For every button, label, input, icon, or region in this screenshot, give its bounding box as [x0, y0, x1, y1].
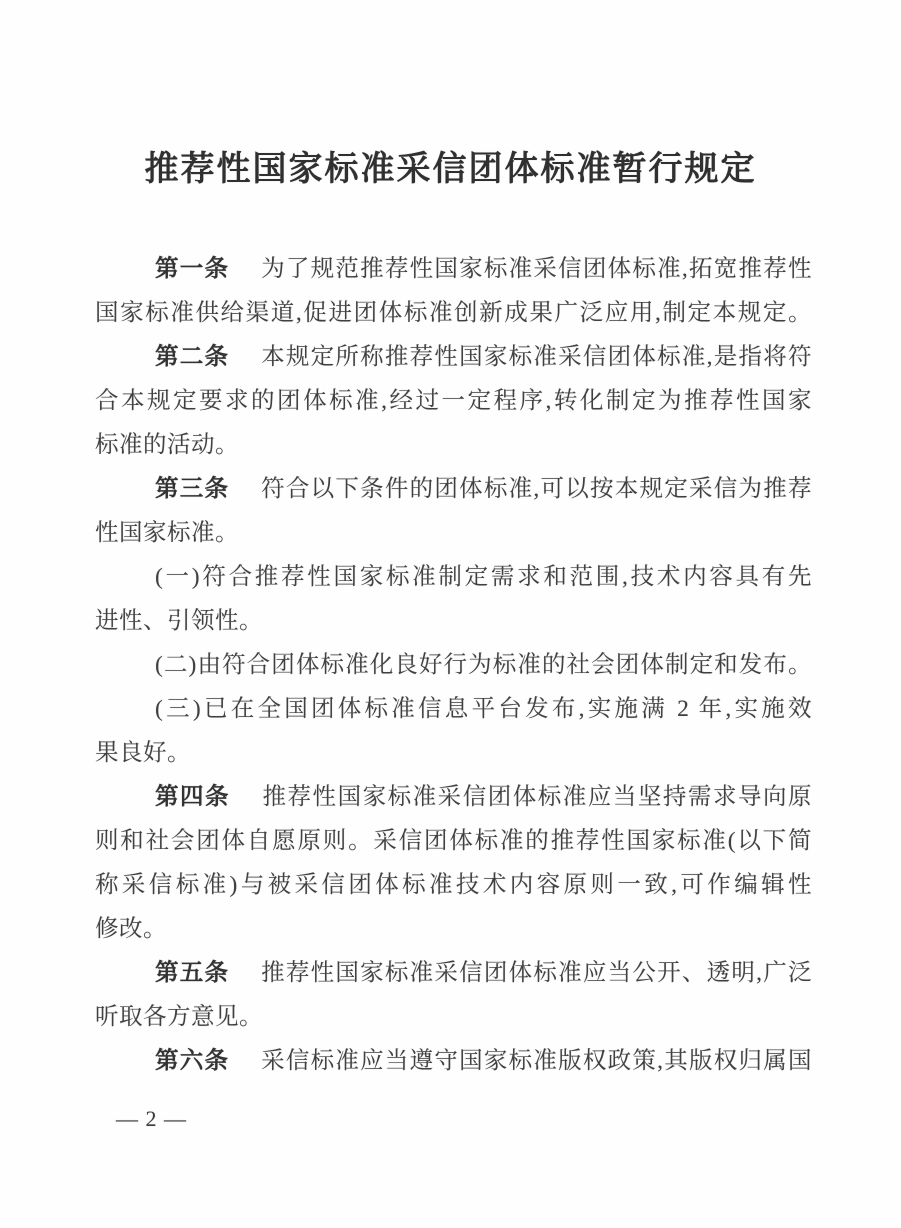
text-line: (一)符合推荐性国家标准制定需求和范围,技术内容具有先 [95, 555, 812, 599]
text-line: 果良好。 [95, 731, 812, 775]
line-text: 则和社会团体自愿原则。采信团体标准的推荐性国家标准(以下简 [95, 828, 812, 854]
line-text: 推荐性国家标准采信团体标准应当坚持需求导向原 [237, 784, 812, 810]
line-text: 果良好。 [95, 740, 191, 766]
text-line: 合本规定要求的团体标准,经过一定程序,转化制定为推荐性国家 [95, 379, 812, 423]
article-label: 第六条 [155, 1048, 229, 1074]
text-line: 第六条 采信标准应当遵守国家标准版权政策,其版权归属国 [95, 1039, 812, 1083]
document-title: 推荐性国家标准采信团体标准暂行规定 [0, 146, 901, 194]
text-line: 听取各方意见。 [95, 995, 812, 1039]
line-text: 标准的活动。 [95, 432, 239, 458]
line-text: 本规定所称推荐性国家标准采信团体标准,是指将符 [236, 344, 812, 370]
text-line: 第一条 为了规范推荐性国家标准采信团体标准,拓宽推荐性 [95, 247, 812, 291]
text-line: 第二条 本规定所称推荐性国家标准采信团体标准,是指将符 [95, 335, 812, 379]
text-line: (三)已在全国团体标准信息平台发布,实施满 2 年,实施效 [95, 687, 812, 731]
line-text: 采信标准应当遵守国家标准版权政策,其版权归属国 [236, 1048, 812, 1074]
text-line: 进性、引领性。 [95, 599, 812, 643]
article-label: 第二条 [155, 344, 229, 370]
line-text: 称采信标准)与被采信团体标准技术内容原则一致,可作编辑性 [95, 872, 812, 898]
line-text: (三)已在全国团体标准信息平台发布,实施满 2 年,实施效 [155, 696, 812, 722]
text-line: 第四条 推荐性国家标准采信团体标准应当坚持需求导向原 [95, 775, 812, 819]
article-label: 第四条 [155, 784, 230, 810]
text-line: 第五条 推荐性国家标准采信团体标准应当公开、透明,广泛 [95, 951, 812, 995]
line-text: 国家标准供给渠道,促进团体标准创新成果广泛应用,制定本规定。 [95, 300, 812, 326]
article-label: 第五条 [155, 960, 229, 986]
line-text: 进性、引领性。 [95, 608, 263, 634]
text-line: 称采信标准)与被采信团体标准技术内容原则一致,可作编辑性 [95, 863, 812, 907]
text-line: 第三条 符合以下条件的团体标准,可以按本规定采信为推荐 [95, 467, 812, 511]
line-text: 修改。 [95, 916, 167, 942]
text-line: 性国家标准。 [95, 511, 812, 555]
line-text: 性国家标准。 [95, 520, 239, 546]
document-body: 第一条 为了规范推荐性国家标准采信团体标准,拓宽推荐性 国家标准供给渠道,促进团… [95, 247, 812, 1083]
text-line: 国家标准供给渠道,促进团体标准创新成果广泛应用,制定本规定。 [95, 291, 812, 335]
line-text: 听取各方意见。 [95, 1004, 263, 1030]
text-line: 修改。 [95, 907, 812, 951]
scanned-document-page: 推荐性国家标准采信团体标准暂行规定 第一条 为了规范推荐性国家标准采信团体标准,… [0, 0, 901, 1228]
article-label: 第三条 [155, 476, 229, 502]
line-text: 符合以下条件的团体标准,可以按本规定采信为推荐 [236, 476, 812, 502]
text-line: 则和社会团体自愿原则。采信团体标准的推荐性国家标准(以下简 [95, 819, 812, 863]
text-line: 标准的活动。 [95, 423, 812, 467]
line-text: 合本规定要求的团体标准,经过一定程序,转化制定为推荐性国家 [95, 388, 812, 414]
line-text: 推荐性国家标准采信团体标准应当公开、透明,广泛 [236, 960, 812, 986]
line-text: (二)由符合团体标准化良好行为标准的社会团体制定和发布。 [155, 652, 812, 678]
line-text: 为了规范推荐性国家标准采信团体标准,拓宽推荐性 [236, 256, 812, 282]
article-label: 第一条 [155, 256, 229, 282]
line-text: (一)符合推荐性国家标准制定需求和范围,技术内容具有先 [155, 564, 812, 590]
text-line: (二)由符合团体标准化良好行为标准的社会团体制定和发布。 [95, 643, 812, 687]
page-number: — 2 — [116, 1104, 187, 1134]
